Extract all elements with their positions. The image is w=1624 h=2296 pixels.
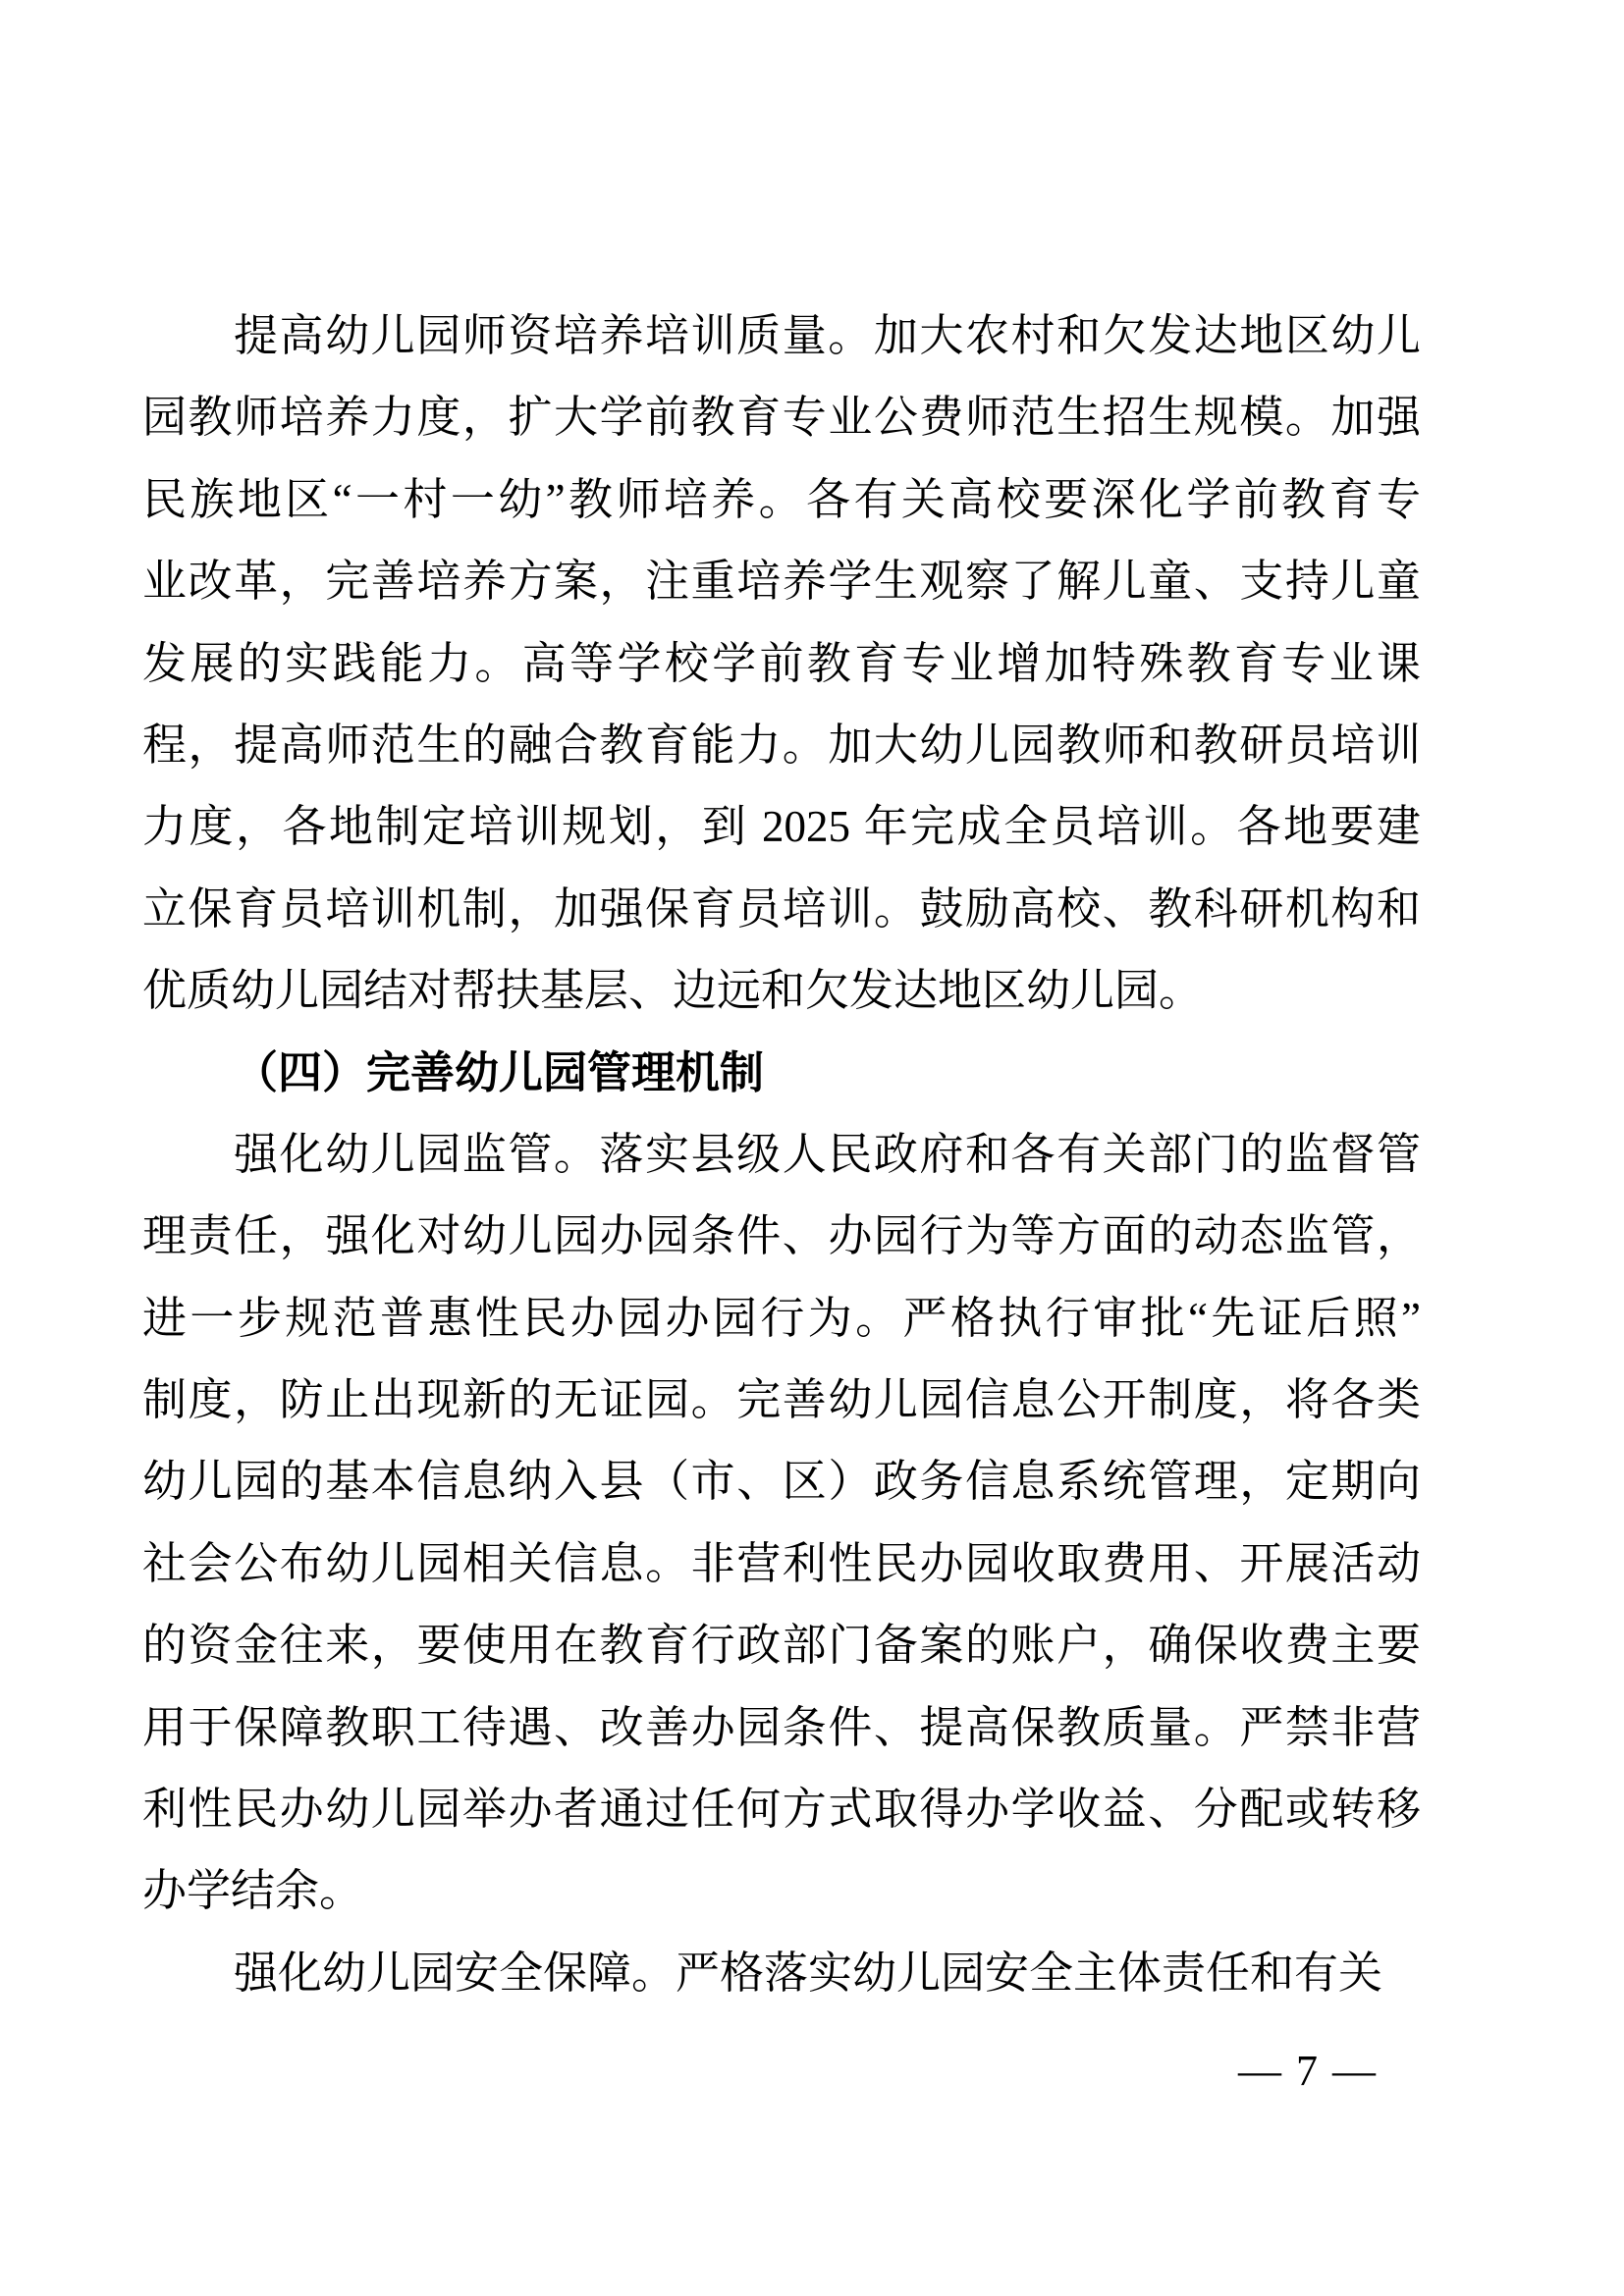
text-line: 利性民办幼儿园举办者通过任何方式取得办学收益、分配或转移 <box>142 1769 1421 1850</box>
text-line: 提高幼儿园师资培养培训质量。加大农村和欠发达地区幼儿 <box>142 295 1421 377</box>
text-line: 业改革，完善培养方案，注重培养学生观察了解儿童、支持儿童 <box>142 541 1421 622</box>
text-line: 发展的实践能力。高等学校学前教育专业增加特殊教育专业课 <box>142 623 1421 705</box>
text-line: 民族地区“一村一幼”教师培养。各有关高校要深化学前教育专 <box>142 459 1421 541</box>
text-line: 程，提高师范生的融合教育能力。加大幼儿园教师和教研员培训 <box>142 705 1421 786</box>
text-line: 制度，防止出现新的无证园。完善幼儿园信息公开制度，将各类 <box>142 1360 1421 1441</box>
text-line: 立保育员培训机制，加强保育员培训。鼓励高校、教科研机构和 <box>142 869 1421 950</box>
text-line: 社会公布幼儿园相关信息。非营利性民办园收取费用、开展活动 <box>142 1523 1421 1605</box>
section-heading: （四）完善幼儿园管理机制 <box>142 1033 1421 1114</box>
text-line: 园教师培养力度，扩大学前教育专业公费师范生招生规模。加强 <box>142 377 1421 458</box>
text-line: 办学结余。 <box>142 1850 1421 1932</box>
document-text-block: 提高幼儿园师资培养培训质量。加大农村和欠发达地区幼儿 园教师培养力度，扩大学前教… <box>142 295 1421 2014</box>
page-number: — 7 — <box>1238 2048 1378 2095</box>
text-line: 力度，各地制定培训规划，到 2025 年完成全员培训。各地要建 <box>142 786 1421 868</box>
text-line: 强化幼儿园监管。落实县级人民政府和各有关部门的监督管 <box>142 1114 1421 1196</box>
text-line: 强化幼儿园安全保障。严格落实幼儿园安全主体责任和有关 <box>142 1933 1421 2014</box>
text-line: 用于保障教职工待遇、改善办园条件、提高保教质量。严禁非营 <box>142 1687 1421 1769</box>
text-line: 的资金往来，要使用在教育行政部门备案的账户，确保收费主要 <box>142 1605 1421 1686</box>
text-line: 进一步规范普惠性民办园办园行为。严格执行审批“先证后照” <box>142 1278 1421 1360</box>
text-line: 幼儿园的基本信息纳入县（市、区）政务信息系统管理，定期向 <box>142 1441 1421 1522</box>
text-line: 理责任，强化对幼儿园办园条件、办园行为等方面的动态监管， <box>142 1196 1421 1277</box>
document-page: 提高幼儿园师资培养培训质量。加大农村和欠发达地区幼儿 园教师培养力度，扩大学前教… <box>0 0 1624 2296</box>
text-line: 优质幼儿园结对帮扶基层、边远和欠发达地区幼儿园。 <box>142 950 1421 1032</box>
